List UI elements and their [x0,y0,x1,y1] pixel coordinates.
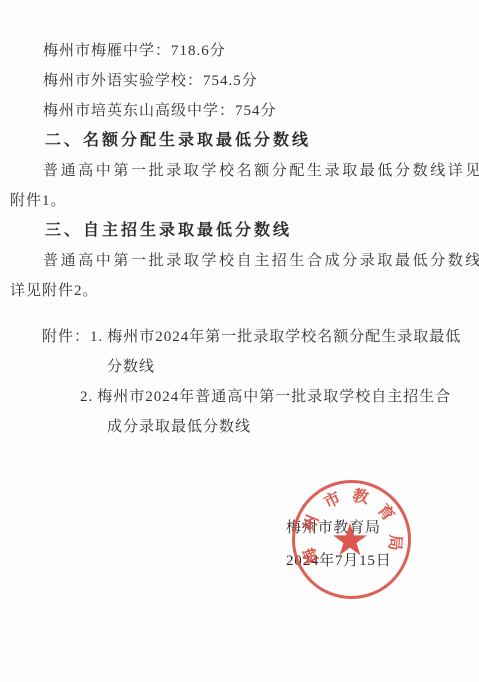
attachment-2-title-line-1: 梅州市2024年普通高中第一批录取学校自主招生合 [97,389,451,405]
attachments-block: 附件：1.梅州市2024年第一批录取学校名额分配生录取最低 分数线 2.梅州市2… [10,322,465,442]
section-autonomous-paragraph-line-1: 普通高中第一批录取学校自主招生合成分录取最低分数线 [10,246,465,276]
attachment-1-number: 1. [90,322,103,352]
document-page: 梅州市梅雁中学：718.6分 梅州市外语实验学校：754.5分 梅州市培英东山高… [0,0,479,682]
attachment-1-title-line-2: 分数线 [10,352,465,382]
section-quota-paragraph-line-2: 附件1。 [10,186,465,216]
score-line-peiying-dongshan: 梅州市培英东山高级中学：754分 [10,96,465,126]
seal-char-3: 市 [321,489,344,512]
seal-char-4: 教 [350,487,370,507]
attachment-2-number: 2. [80,382,93,412]
section-autonomous-paragraph-line-2: 详见附件2。 [10,276,465,306]
signature-issuer: 梅州市教育局 [286,512,392,545]
section-quota-paragraph-line-1: 普通高中第一批录取学校名额分配生录取最低分数线详见 [10,156,465,186]
document-body: 梅州市梅雁中学：718.6分 梅州市外语实验学校：754.5分 梅州市培英东山高… [0,0,479,442]
section-quota-heading: 二、名额分配生录取最低分数线 [10,126,465,156]
score-line-meiyan: 梅州市梅雁中学：718.6分 [10,36,465,66]
attachment-2-title-line-2: 成分录取最低分数线 [10,412,465,442]
signature-date: 2024年7月15日 [286,545,392,578]
score-line-foreign-language: 梅州市外语实验学校：754.5分 [10,66,465,96]
signature-block: 梅州市教育局 2024年7月15日 [286,512,392,578]
attachments-label: 附件： [42,329,90,345]
attachment-1-title-line-1: 梅州市2024年第一批录取学校名额分配生录取最低 [107,329,461,345]
attachment-2-row: 2.梅州市2024年普通高中第一批录取学校自主招生合 [10,382,465,412]
section-autonomous-heading: 三、自主招生录取最低分数线 [10,216,465,246]
attachment-1-row: 附件：1.梅州市2024年第一批录取学校名额分配生录取最低 [10,322,465,352]
